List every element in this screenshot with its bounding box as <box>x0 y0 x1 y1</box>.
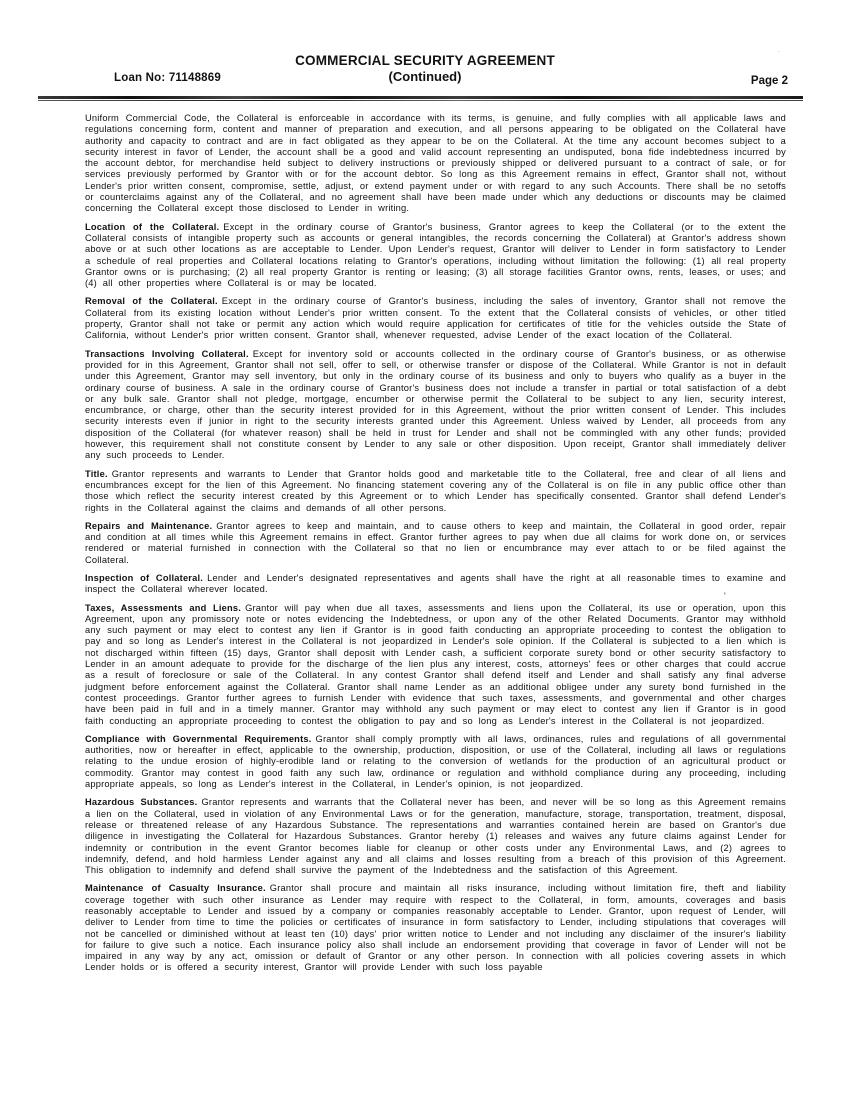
section-heading: Transactions Involving Collateral. <box>85 349 253 359</box>
scan-artifact: . <box>778 48 780 54</box>
document-title: COMMERCIAL SECURITY AGREEMENT <box>0 53 850 68</box>
section-title: Title.Grantor represents and warrants to… <box>85 469 786 514</box>
page-number: Page 2 <box>751 75 788 87</box>
section-text: Grantor shall procure and maintain all r… <box>85 883 786 972</box>
section-text: Grantor will pay when due all taxes, ass… <box>85 603 786 726</box>
document-body: Uniform Commercial Code, the Collateral … <box>85 113 786 981</box>
paragraph-text: Uniform Commercial Code, the Collateral … <box>85 113 786 213</box>
section-maintenance-of-casualty-insurance: Maintenance of Casualty Insurance.Granto… <box>85 883 786 973</box>
section-heading: Removal of the Collateral. <box>85 296 222 306</box>
section-heading: Repairs and Maintenance. <box>85 521 216 531</box>
section-heading: Compliance with Governmental Requirement… <box>85 734 316 744</box>
section-hazardous-substances: Hazardous Substances.Grantor represents … <box>85 797 786 876</box>
section-removal-of-the-collateral: Removal of the Collateral.Except in the … <box>85 296 786 341</box>
section-heading: Inspection of Collateral. <box>85 573 207 583</box>
section-heading: Title. <box>85 469 112 479</box>
section-text: Except for inventory sold or accounts co… <box>85 349 786 461</box>
section-repairs-and-maintenance: Repairs and Maintenance.Grantor agrees t… <box>85 521 786 566</box>
section-inspection-of-collateral: Inspection of Collateral.Lender and Lend… <box>85 573 786 596</box>
loan-number: Loan No: 71148869 <box>114 72 221 84</box>
header-rule-thick <box>38 96 803 99</box>
section-heading: Maintenance of Casualty Insurance. <box>85 883 270 893</box>
section-heading: Location of the Collateral. <box>85 222 223 232</box>
header-rule-thin <box>38 100 803 101</box>
section-heading: Hazardous Substances. <box>85 797 201 807</box>
section-transactions-involving-collateral: Transactions Involving Collateral.Except… <box>85 349 786 462</box>
section-taxes-assessments-and-liens: Taxes, Assessments and Liens.Grantor wil… <box>85 603 786 727</box>
section-text: Grantor represents and warrants that the… <box>85 797 786 875</box>
paragraph-uniform-commercial-code-continued: Uniform Commercial Code, the Collateral … <box>85 113 786 215</box>
section-heading: Taxes, Assessments and Liens. <box>85 603 245 613</box>
document-page: COMMERCIAL SECURITY AGREEMENT (Continued… <box>0 0 850 1102</box>
scan-artifact: ' <box>724 592 726 601</box>
section-location-of-the-collateral: Location of the Collateral.Except in the… <box>85 222 786 290</box>
section-text: Grantor represents and warrants to Lende… <box>85 469 786 513</box>
section-compliance-with-governmental-requirements: Compliance with Governmental Requirement… <box>85 734 786 790</box>
